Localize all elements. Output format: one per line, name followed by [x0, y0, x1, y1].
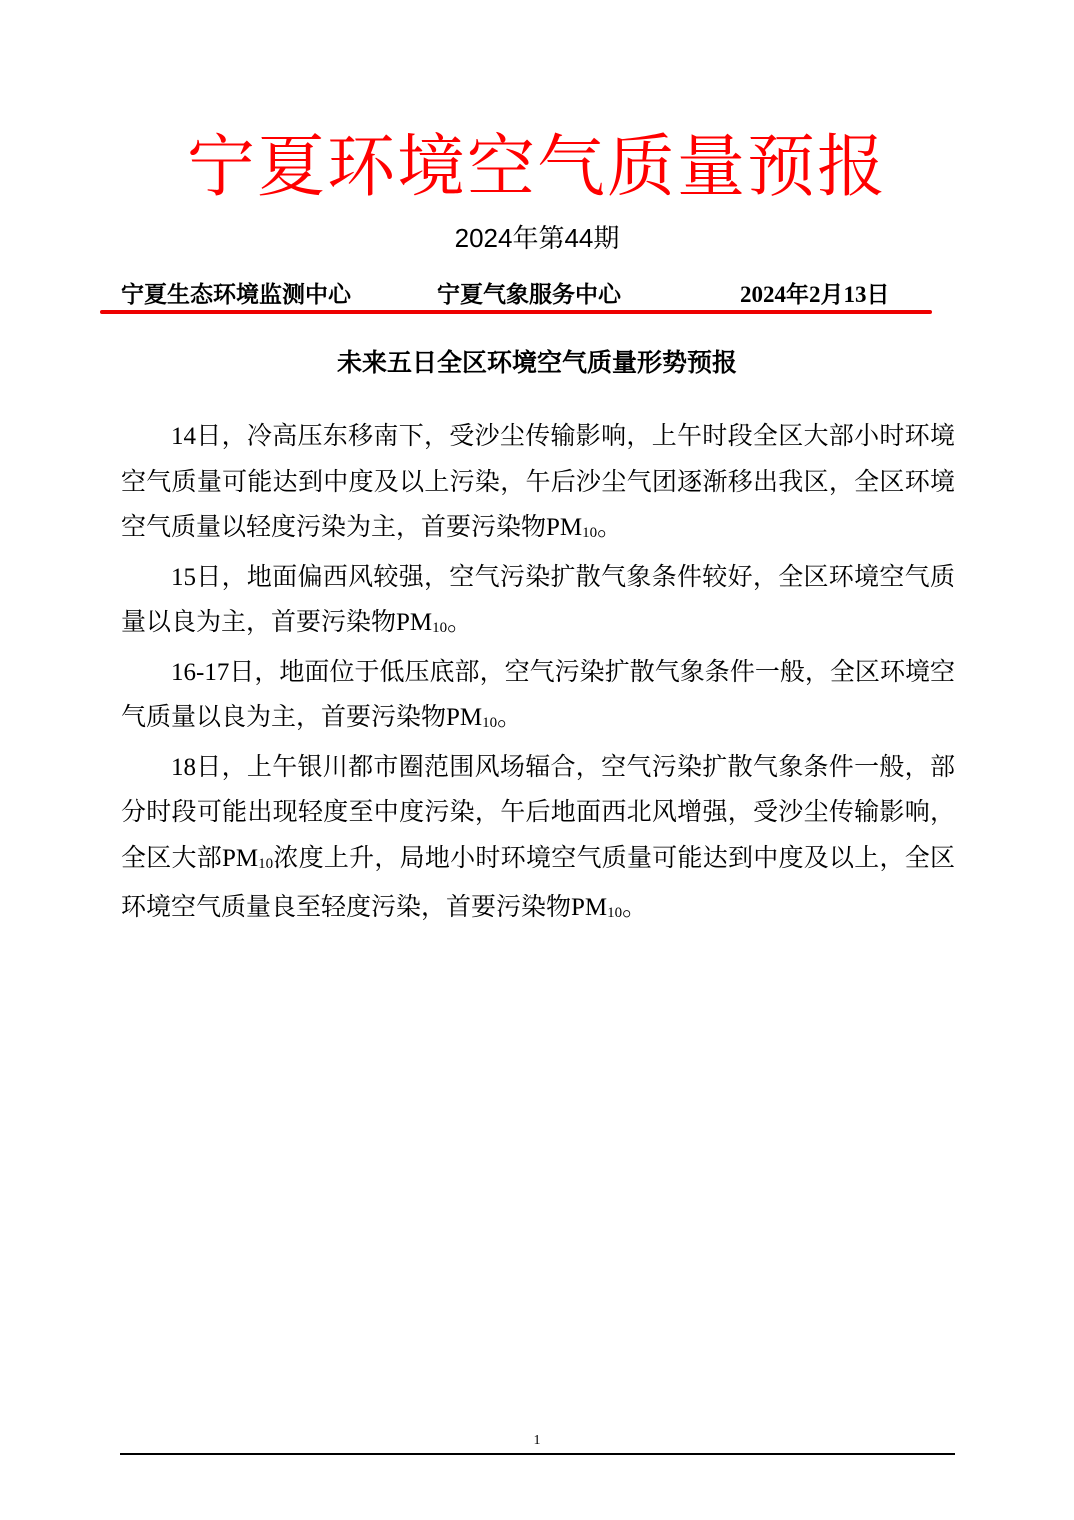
- issuer-meteorology-center: 宁夏气象服务中心: [437, 278, 621, 312]
- publish-date: 2024年2月13日: [740, 278, 890, 312]
- issue-number: 2024年第44期: [0, 220, 1074, 256]
- subscript: 10: [258, 856, 273, 872]
- forecast-paragraph-18: 18日，上午银川都市圈范围风场辐合，空气污染扩散气象条件一般，部分时段可能出现轻…: [121, 745, 955, 935]
- forecast-paragraph-16-17: 16-17日，地面位于低压底部，空气污染扩散气象条件一般，全区环境空气质量以良为…: [121, 650, 955, 745]
- subscript: 10: [482, 715, 497, 731]
- punctuation: 。: [447, 609, 472, 636]
- footer-divider: [120, 1453, 955, 1455]
- issuer-ecology-center: 宁夏生态环境监测中心: [121, 278, 351, 312]
- section-title: 未来五日全区环境空气质量形势预报: [0, 346, 1074, 382]
- document-title: 宁夏环境空气质量预报: [0, 128, 1074, 208]
- page-number: 1: [0, 1432, 1074, 1450]
- punctuation: 。: [597, 514, 622, 541]
- paragraph-text: 16-17日，地面位于低压底部，空气污染扩散气象条件一般，全区环境空气质量以良为…: [121, 659, 955, 732]
- subscript: 10: [432, 620, 447, 636]
- header-divider: [100, 310, 932, 314]
- forecast-paragraph-14: 14日，冷高压东移南下，受沙尘传输影响，上午时段全区大部小时环境空气质量可能达到…: [121, 414, 955, 555]
- subscript: 10: [607, 905, 622, 921]
- subscript: 10: [582, 525, 597, 541]
- punctuation: 。: [622, 894, 647, 921]
- paragraph-text: 15日，地面偏西风较强，空气污染扩散气象条件较好，全区环境空气质量以良为主，首要…: [121, 564, 955, 637]
- paragraph-text: 14日，冷高压东移南下，受沙尘传输影响，上午时段全区大部小时环境空气质量可能达到…: [121, 423, 955, 541]
- punctuation: 。: [497, 704, 522, 731]
- forecast-body: 14日，冷高压东移南下，受沙尘传输影响，上午时段全区大部小时环境空气质量可能达到…: [121, 414, 955, 935]
- forecast-paragraph-15: 15日，地面偏西风较强，空气污染扩散气象条件较好，全区环境空气质量以良为主，首要…: [121, 555, 955, 650]
